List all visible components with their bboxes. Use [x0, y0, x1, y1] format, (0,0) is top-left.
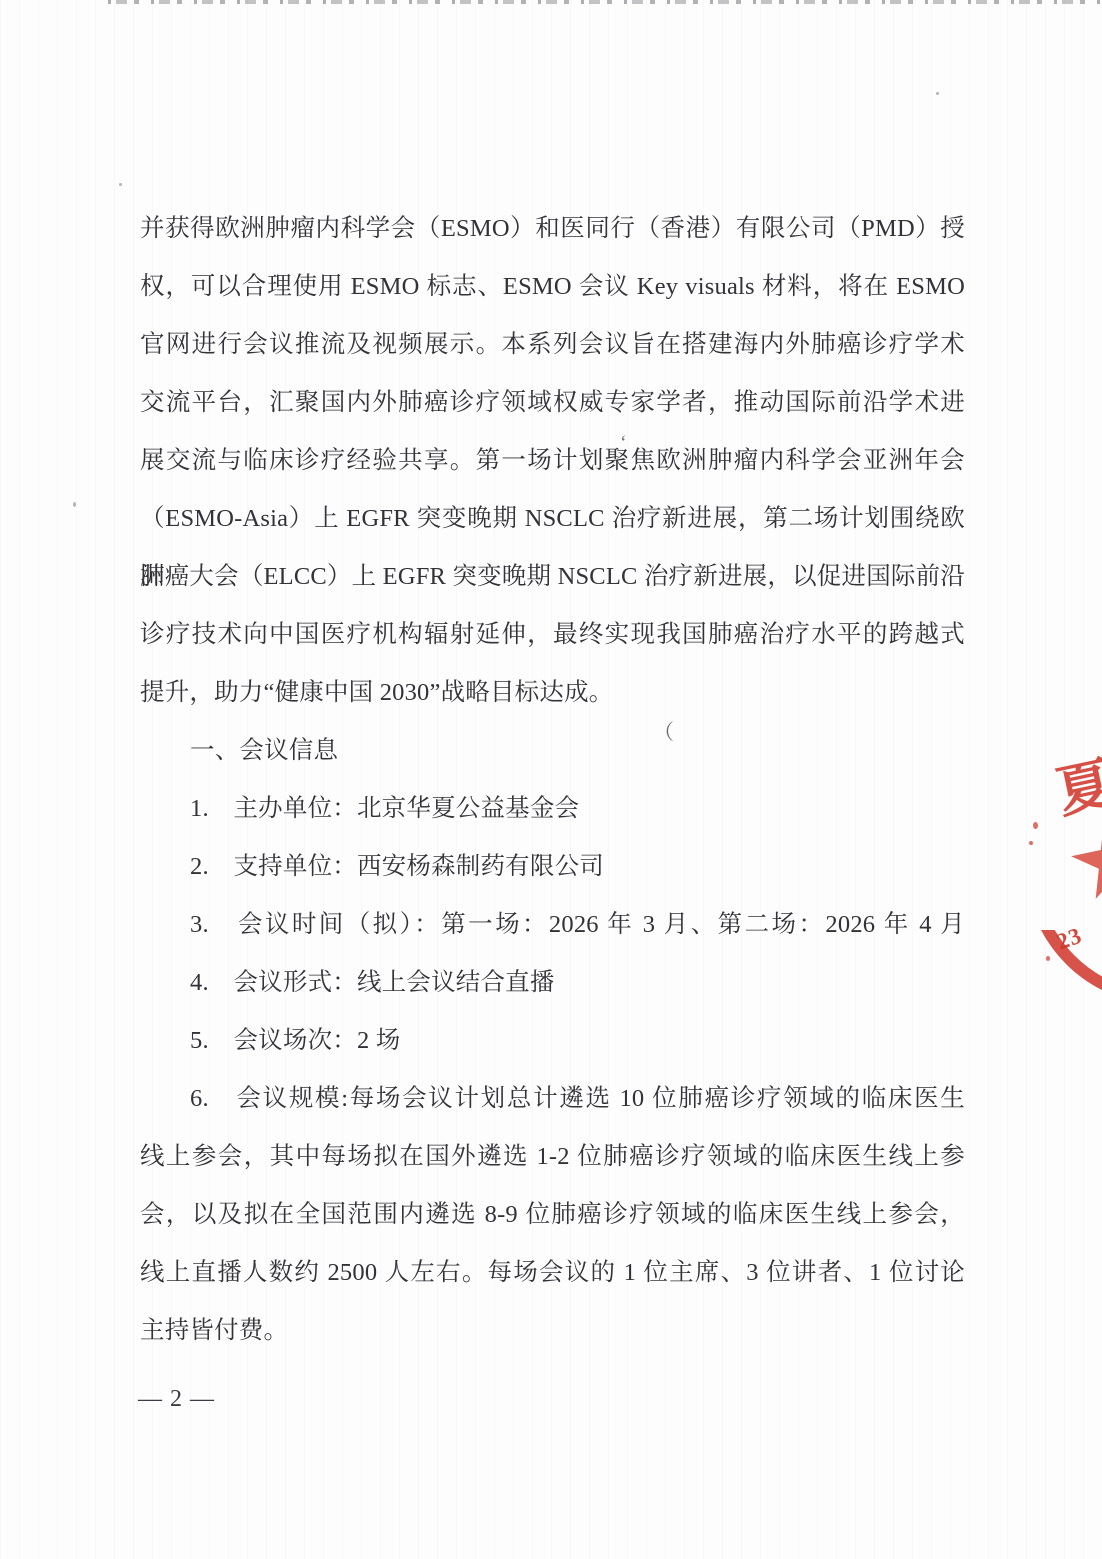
scan-artifact-paren: （ — [653, 716, 674, 746]
list-item: 4. 会议形式：线上会议结合直播 — [140, 954, 965, 1012]
scan-noise-strip — [108, 0, 1102, 4]
document-page: 并获得欧洲肿瘤内科学会（ESMO）和医同行（香港）有限公司（PMD）授权，可以合… — [0, 0, 1102, 1559]
paragraph-line: 交流平台，汇聚国内外肺癌诊疗领域权威专家学者，推动国际前沿学术进 — [140, 374, 965, 432]
scan-artifact-quote: ‘ — [620, 432, 627, 455]
section-heading: 一、会议信息 — [140, 722, 965, 780]
paragraph-line: 提升，助力“健康中国 2030”战略目标达成。 — [140, 664, 965, 722]
paragraph-line: 肺癌大会（ELCC）上 EGFR 突变晚期 NSCLC 治疗新进展，以促进国际前… — [140, 548, 965, 606]
paragraph-line: 诊疗技术向中国医疗机构辐射延伸，最终实现我国肺癌治疗水平的跨越式 — [140, 606, 965, 664]
seal-ink-speck — [1046, 956, 1050, 961]
paragraph-line: 主持皆付费。 — [140, 1302, 965, 1360]
paragraph-line: 展交流与临床诊疗经验共享。第一场计划聚焦欧洲肿瘤内科学会亚洲年会 — [140, 432, 965, 490]
list-item: 1. 主办单位：北京华夏公益基金会 — [140, 780, 965, 838]
seal-ink-speck — [1029, 841, 1033, 845]
seal-star-icon: ★ — [1056, 799, 1102, 920]
body-text: 并获得欧洲肿瘤内科学会（ESMO）和医同行（香港）有限公司（PMD）授权，可以合… — [140, 200, 965, 1360]
scan-speck — [119, 183, 122, 186]
paragraph-line: 线上参会，其中每场拟在国外遴选 1-2 位肺癌诊疗领域的临床医生线上参 — [140, 1128, 965, 1186]
scan-speck — [73, 502, 76, 507]
list-item: 5. 会议场次：2 场 — [140, 1012, 965, 1070]
list-item: 3. 会议时间（拟）：第一场：2026 年 3 月、第二场：2026 年 4 月 — [140, 896, 965, 954]
page-number: — 2 — — [138, 1386, 215, 1413]
paragraph-line: 线上直播人数约 2500 人左右。每场会议的 1 位主席、3 位讲者、1 位讨论 — [140, 1244, 965, 1302]
scan-speck — [936, 92, 939, 95]
paragraph-line: 会，以及拟在全国范围内遴选 8-9 位肺癌诊疗领域的临床医生线上参会， — [140, 1186, 965, 1244]
list-item: 6. 会议规模:每场会议计划总计遴选 10 位肺癌诊疗领域的临床医生 — [140, 1070, 965, 1128]
paragraph-line: 权，可以合理使用 ESMO 标志、ESMO 会议 Key visuals 材料，… — [140, 258, 965, 316]
list-item: 2. 支持单位：西安杨森制药有限公司 — [140, 838, 965, 896]
paragraph-line: 并获得欧洲肿瘤内科学会（ESMO）和医同行（香港）有限公司（PMD）授 — [140, 200, 965, 258]
paragraph-line: （ESMO-Asia）上 EGFR 突变晚期 NSCLC 治疗新进展，第二场计划… — [140, 490, 965, 548]
seal-ink-speck — [1033, 822, 1038, 829]
seal-ring-arc — [1040, 930, 1102, 992]
paragraph-line: 官网进行会议推流及视频展示。本系列会议旨在搭建海内外肺癌诊疗学术 — [140, 316, 965, 374]
